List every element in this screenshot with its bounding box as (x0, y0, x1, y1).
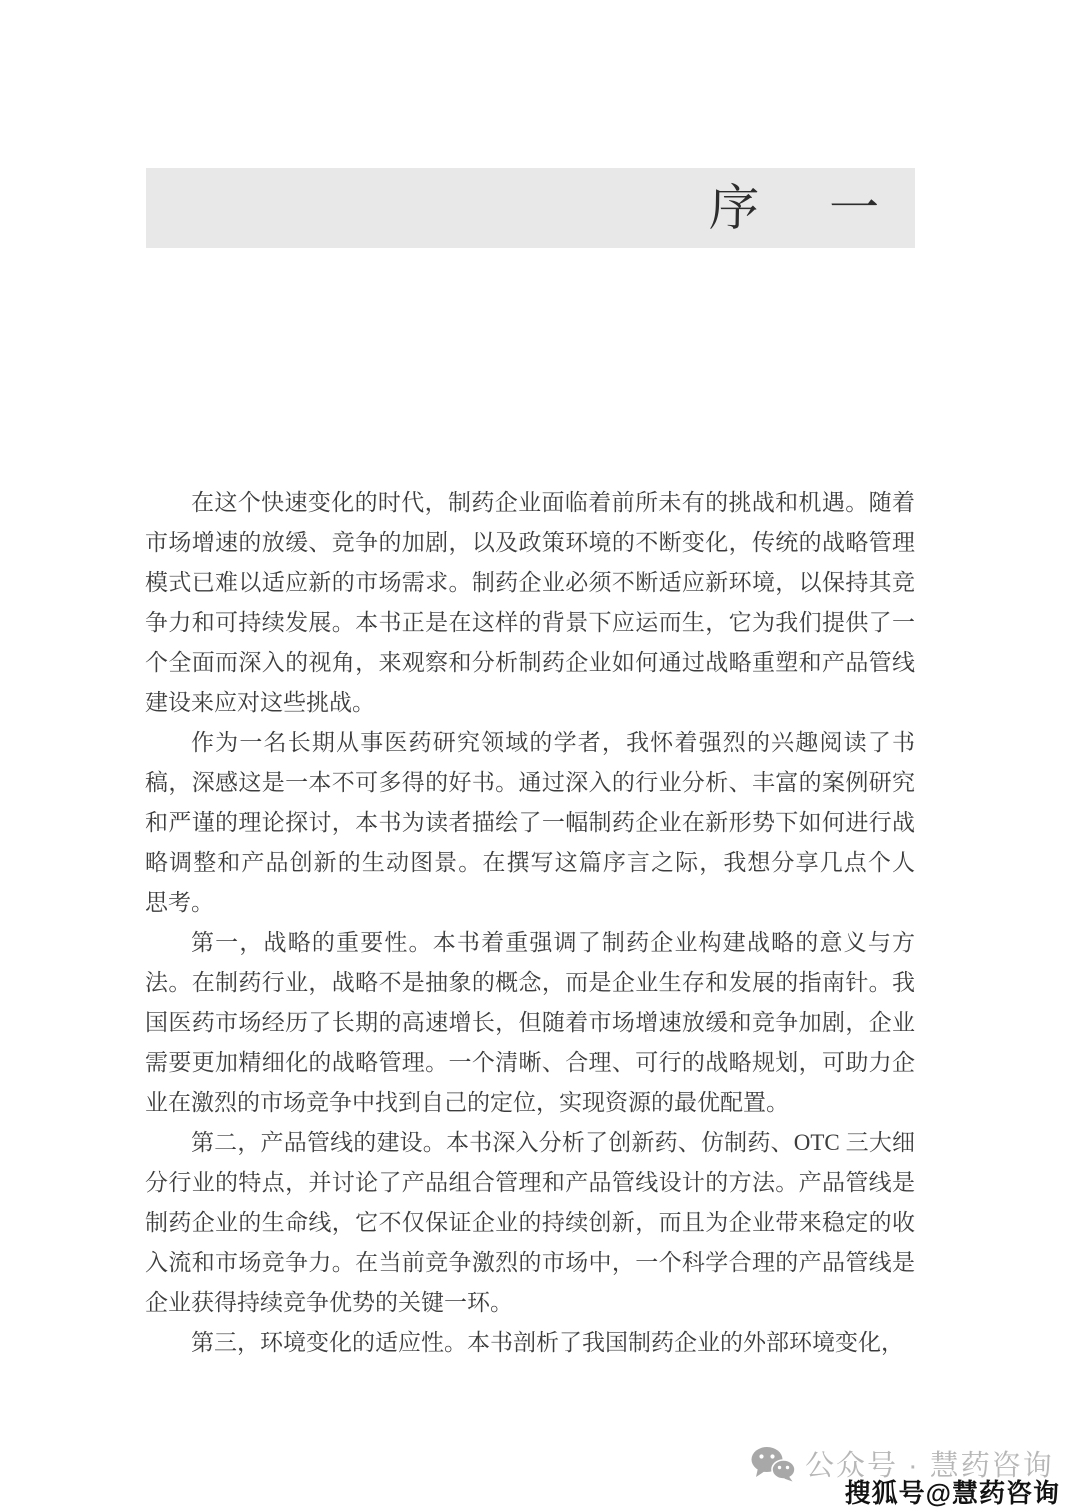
text-line: 稿，深感这是一本不可多得的好书。通过深入的行业分析、丰富的案例研究 (145, 763, 915, 803)
text-line: 模式已难以适应新的市场需求。制药企业必须不断适应新环境，以保持其竞 (145, 563, 915, 603)
text-line: 法。在制药行业，战略不是抽象的概念，而是企业生存和发展的指南针。我 (145, 963, 915, 1003)
text-line: 分行业的特点，并讨论了产品组合管理和产品管线设计的方法。产品管线是 (145, 1163, 915, 1203)
text-line: 在这个快速变化的时代，制药企业面临着前所未有的挑战和机遇。随着 (145, 483, 915, 523)
text-line: 争力和可持续发展。本书正是在这样的背景下应运而生，它为我们提供了一 (145, 603, 915, 643)
text-line: 业在激烈的市场竞争中找到自己的定位，实现资源的最优配置。 (145, 1083, 915, 1123)
text-line: 思考。 (145, 883, 915, 923)
text-line: 制药企业的生命线，它不仅保证企业的持续创新，而且为企业带来稳定的收 (145, 1203, 915, 1243)
sohu-watermark-label: 搜狐号@慧药咨询 (845, 1473, 1060, 1510)
text-line: 和严谨的理论探讨，本书为读者描绘了一幅制药企业在新形势下如何进行战 (145, 803, 915, 843)
text-line: 建设来应对这些挑战。 (145, 683, 915, 723)
text-line: 个全面而深入的视角，来观察和分析制药企业如何通过战略重塑和产品管线 (145, 643, 915, 683)
preface-title-band: 序 一 (146, 168, 915, 248)
text-line: 需要更加精细化的战略管理。一个清晰、合理、可行的战略规划，可助力企 (145, 1043, 915, 1083)
text-line: 市场增速的放缓、竞争的加剧，以及政策环境的不断变化，传统的战略管理 (145, 523, 915, 563)
text-line: 企业获得持续竞争优势的关键一环。 (145, 1283, 915, 1323)
book-page: 序 一 在这个快速变化的时代，制药企业面临着前所未有的挑战和机遇。随着 市场增速… (0, 0, 1080, 1510)
preface-title: 序 一 (709, 183, 890, 233)
text-line: 国医药市场经历了长期的高速增长，但随着市场增速放缓和竞争加剧，企业 (145, 1003, 915, 1043)
text-line: 入流和市场竞争力。在当前竞争激烈的市场中，一个科学合理的产品管线是 (145, 1243, 915, 1283)
preface-body: 在这个快速变化的时代，制药企业面临着前所未有的挑战和机遇。随着 市场增速的放缓、… (145, 483, 915, 1363)
text-line: 作为一名长期从事医药研究领域的学者，我怀着强烈的兴趣阅读了书 (145, 723, 915, 763)
text-line: 第一，战略的重要性。本书着重强调了制药企业构建战略的意义与方 (145, 923, 915, 963)
text-line: 第三，环境变化的适应性。本书剖析了我国制药企业的外部环境变化， (145, 1323, 915, 1363)
text-line: 略调整和产品创新的生动图景。在撰写这篇序言之际，我想分享几点个人 (145, 843, 915, 883)
wechat-icon (750, 1446, 796, 1482)
text-line: 第二，产品管线的建设。本书深入分析了创新药、仿制药、OTC 三大细 (145, 1123, 915, 1163)
